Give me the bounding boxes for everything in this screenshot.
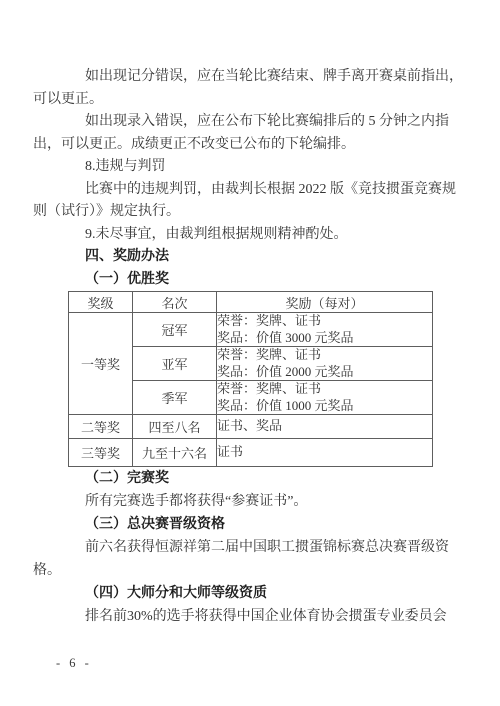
page-number: - 6 - [56, 656, 92, 671]
award-table: 奖级 名次 奖励（每对） 一等奖 冠军 荣誉：奖牌、证书 奖品：价值 3000 … [68, 291, 433, 467]
reward-honor-line: 荣誉：奖牌、证书 [217, 381, 432, 398]
cell-rank-third-place: 季军 [133, 381, 217, 415]
section-heading-awards: 四、奖励办法 [33, 246, 467, 269]
header-cell-reward: 奖励（每对） [217, 292, 433, 313]
body-line: 所有完赛选手都将获得“参赛证书”。 [33, 490, 467, 513]
subsection-heading-winner-award: （一）优胜奖 [33, 269, 467, 292]
header-cell-rank: 名次 [133, 292, 217, 313]
table-header-row: 奖级 名次 奖励（每对） [69, 292, 433, 313]
document-page: 如出现记分错误，应在当轮比赛结束、牌手离开赛桌前指出， 可以更正。 如出现录入错… [0, 0, 500, 706]
table-row-champion: 一等奖 冠军 荣誉：奖牌、证书 奖品：价值 3000 元奖品 [69, 313, 433, 347]
reward-prize-line: 奖品：价值 3000 元奖品 [217, 330, 432, 347]
body-line: 前六名获得恒源祥第二届中国职工掼蛋锦标赛总决赛晋级资 [33, 536, 467, 559]
subitem-heading-violations: 8.违规与判罚 [33, 156, 467, 179]
body-line: 如出现记分错误，应在当轮比赛结束、牌手离开赛桌前指出， [33, 66, 467, 89]
cell-reward-runner-up: 荣誉：奖牌、证书 奖品：价值 2000 元奖品 [217, 347, 433, 381]
body-line: 比赛中的违规判罚，由裁判长根据 2022 版《竞技掼蛋竞赛规 [33, 179, 467, 202]
reward-honor-line: 荣誉：奖牌、证书 [217, 313, 432, 330]
cell-rank-champion: 冠军 [133, 313, 217, 347]
reward-honor-line: 荣誉：奖牌、证书 [217, 347, 432, 364]
subsection-heading-finisher-award: （二）完赛奖 [33, 467, 467, 490]
cell-rank-fourth-to-eighth: 四至八名 [133, 415, 217, 439]
body-line: 9.未尽事宜，由裁判组根据规则精神酌处。 [33, 224, 467, 247]
reward-prize-line: 奖品：价值 1000 元奖品 [217, 398, 432, 415]
cell-reward-third-prize: 证书 [217, 439, 433, 467]
subsection-heading-finals-qualification: （三）总决赛晋级资格 [33, 513, 467, 536]
cell-reward-third-place: 荣誉：奖牌、证书 奖品：价值 1000 元奖品 [217, 381, 433, 415]
body-line: 排名前30%的选手将获得中国企业体育协会掼蛋专业委员会 [33, 605, 467, 628]
reward-prize-line: 奖品：价值 2000 元奖品 [217, 364, 432, 381]
subsection-heading-master-rating: （四）大师分和大师等级资质 [33, 582, 467, 605]
table-row-third-prize: 三等奖 九至十六名 证书 [69, 439, 433, 467]
cell-level-first-prize: 一等奖 [69, 313, 133, 415]
body-line: 格。 [33, 559, 467, 582]
cell-reward-second-prize: 证书、奖品 [217, 415, 433, 439]
cell-rank-runner-up: 亚军 [133, 347, 217, 381]
header-cell-award-level: 奖级 [69, 292, 133, 313]
body-line: 出，可以更正。成绩更正不改变已公布的下轮编排。 [33, 134, 467, 157]
body-line: 如出现录入错误，应在公布下轮比赛编排后的 5 分钟之内指 [33, 111, 467, 134]
cell-level-third-prize: 三等奖 [69, 439, 133, 467]
body-line: 可以更正。 [33, 89, 467, 112]
document-content: 如出现记分错误，应在当轮比赛结束、牌手离开赛桌前指出， 可以更正。 如出现录入错… [33, 66, 467, 628]
cell-reward-champion: 荣誉：奖牌、证书 奖品：价值 3000 元奖品 [217, 313, 433, 347]
body-line: 则（试行）》规定执行。 [33, 201, 467, 224]
cell-rank-ninth-to-sixteenth: 九至十六名 [133, 439, 217, 467]
section-other-awards: （二）完赛奖 所有完赛选手都将获得“参赛证书”。 （三）总决赛晋级资格 前六名获… [33, 467, 467, 628]
section-rules-text: 如出现记分错误，应在当轮比赛结束、牌手离开赛桌前指出， 可以更正。 如出现录入错… [33, 66, 467, 291]
cell-level-second-prize: 二等奖 [69, 415, 133, 439]
table-row-second-prize: 二等奖 四至八名 证书、奖品 [69, 415, 433, 439]
